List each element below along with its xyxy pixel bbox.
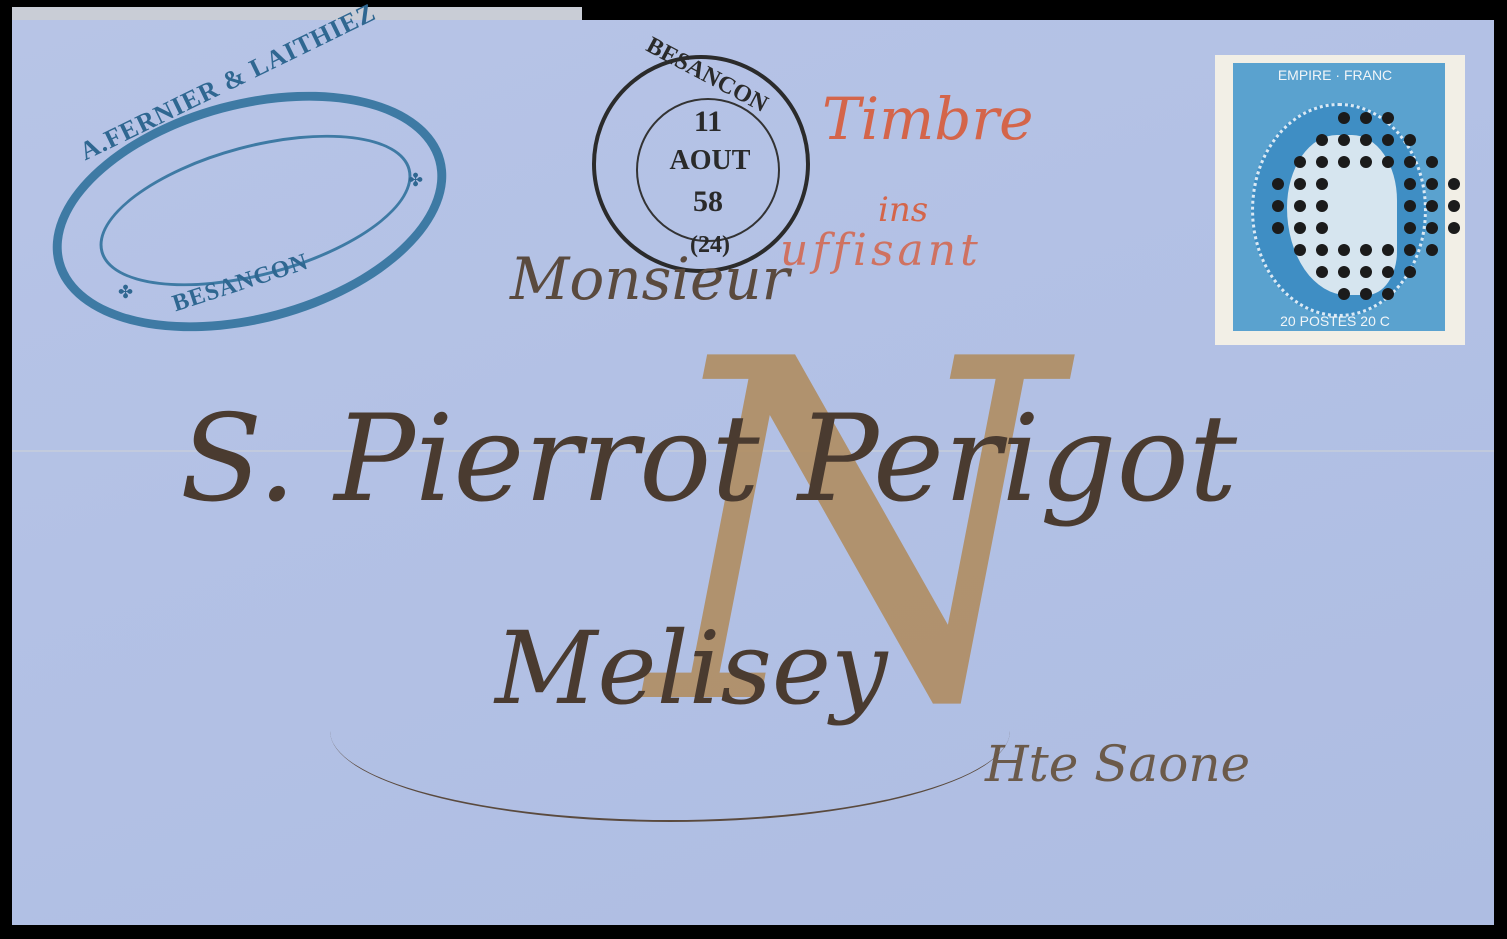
cancel-dot <box>1316 156 1328 168</box>
datestamp-year: 58 <box>678 185 738 219</box>
cancel-dot <box>1382 134 1394 146</box>
red-marking-line2: ins <box>878 190 928 230</box>
address-flourish <box>330 640 1010 822</box>
cancel-dot <box>1360 156 1372 168</box>
cancel-dot <box>1316 244 1328 256</box>
address-department: Hte Saone <box>985 735 1250 793</box>
letter-back-flap <box>12 7 582 21</box>
cancel-dot <box>1382 156 1394 168</box>
cancel-dot <box>1382 288 1394 300</box>
cancel-dot <box>1316 134 1328 146</box>
cancel-dot <box>1426 178 1438 190</box>
cancel-dot <box>1294 200 1306 212</box>
cancel-dot <box>1338 266 1350 278</box>
cancel-dot <box>1360 266 1372 278</box>
rosette-icon: ✤ <box>408 170 423 191</box>
cancel-dot <box>1448 222 1460 234</box>
cancel-dot <box>1448 200 1460 212</box>
cancel-dot <box>1338 288 1350 300</box>
cancel-dot <box>1338 156 1350 168</box>
cancel-dot <box>1294 244 1306 256</box>
cancel-dot <box>1448 178 1460 190</box>
cancel-dot <box>1404 178 1416 190</box>
cancel-dot <box>1382 112 1394 124</box>
stamp-top-inscription: EMPIRE · FRANC <box>1237 67 1433 83</box>
cancel-dot <box>1338 244 1350 256</box>
stamp-bottom-inscription: 20 POSTES 20 C <box>1237 313 1433 329</box>
cancel-dot <box>1316 200 1328 212</box>
cancel-dot <box>1338 112 1350 124</box>
cancel-dot <box>1272 200 1284 212</box>
cancel-dot <box>1294 178 1306 190</box>
address-name: S. Pierrot Perigot <box>180 390 1237 529</box>
cancel-dot <box>1426 156 1438 168</box>
cancel-dot <box>1404 222 1416 234</box>
cancel-dot <box>1426 244 1438 256</box>
cancel-dot <box>1360 134 1372 146</box>
cancel-dot <box>1382 266 1394 278</box>
cancel-dot <box>1316 222 1328 234</box>
postage-stamp: EMPIRE · FRANC 20 POSTES 20 C <box>1215 55 1465 345</box>
datestamp-day: 11 <box>678 105 738 139</box>
cancel-dot <box>1404 266 1416 278</box>
cancel-dot <box>1404 156 1416 168</box>
cancel-dot <box>1404 134 1416 146</box>
cancel-dot <box>1294 156 1306 168</box>
cancel-dot <box>1382 244 1394 256</box>
cancel-dot <box>1404 200 1416 212</box>
cancel-dot <box>1426 200 1438 212</box>
cancel-dot <box>1360 288 1372 300</box>
red-marking-line1: Timbre <box>822 85 1033 153</box>
address-salutation: Monsieur <box>510 245 789 313</box>
cancel-dot <box>1316 266 1328 278</box>
cancel-dot <box>1338 134 1350 146</box>
cancel-dot <box>1294 222 1306 234</box>
datestamp-month: AOUT <box>660 145 760 177</box>
cancel-dot <box>1272 222 1284 234</box>
cancel-dot <box>1360 244 1372 256</box>
cancel-dot <box>1426 222 1438 234</box>
cancel-dot <box>1360 112 1372 124</box>
cancel-dot <box>1404 244 1416 256</box>
rosette-icon: ✤ <box>118 282 133 303</box>
cancel-dot <box>1316 178 1328 190</box>
cancel-dot <box>1272 178 1284 190</box>
